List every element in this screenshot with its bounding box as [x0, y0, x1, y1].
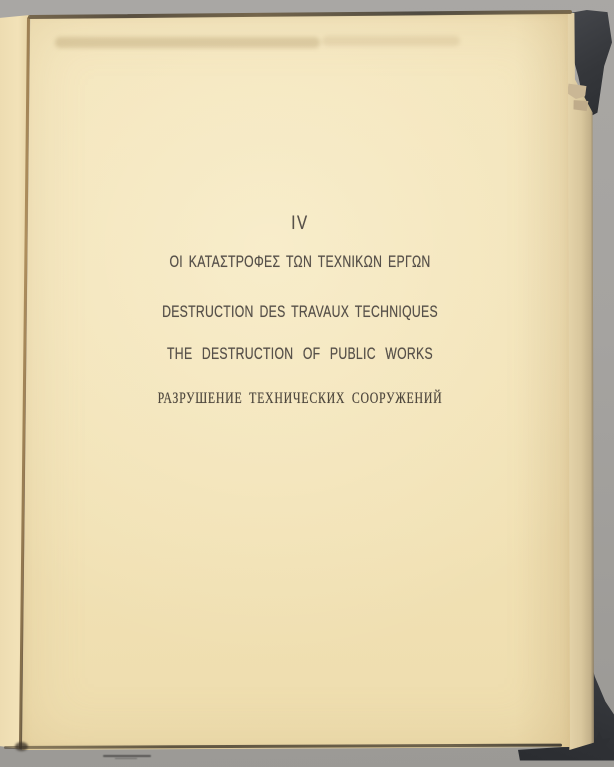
- scanner-watermark-smudge: [103, 755, 153, 761]
- show-through-ghost-text: [322, 36, 460, 46]
- title-russian: РАЗРУШЕНИЕ ТЕХНИЧЕСКИХ СООРУЖЕНИЙ: [97, 391, 503, 407]
- title-english: THE DESTRUCTION OF PUBLIC WORKS: [103, 345, 498, 362]
- title-greek: ΟΙ ΚΑΤΑΣΤΡΟΦΕΣ ΤΩΝ ΤΕΧΝΙΚΩΝ ΕΡΓΩΝ: [103, 253, 498, 270]
- page-edge-stack-right: [566, 13, 594, 750]
- book-page: IV ΟΙ ΚΑΤΑΣΤΡΟΦΕΣ ΤΩΝ ΤΕΧΝΙΚΩΝ ΕΡΓΩΝ DES…: [22, 13, 570, 750]
- section-number: IV: [81, 214, 519, 233]
- show-through-ghost-text: [55, 37, 320, 48]
- watermark-line: [115, 758, 137, 759]
- watermark-line: [103, 755, 151, 757]
- bottom-left-edge-blot: [15, 742, 28, 751]
- title-french: DESTRUCTION DES TRAVAUX TECHNIQUES: [103, 303, 498, 320]
- scan-background: IV ΟΙ ΚΑΤΑΣΤΡΟΦΕΣ ΤΩΝ ΤΕΧΝΙΚΩΝ ΕΡΓΩΝ DES…: [0, 0, 614, 767]
